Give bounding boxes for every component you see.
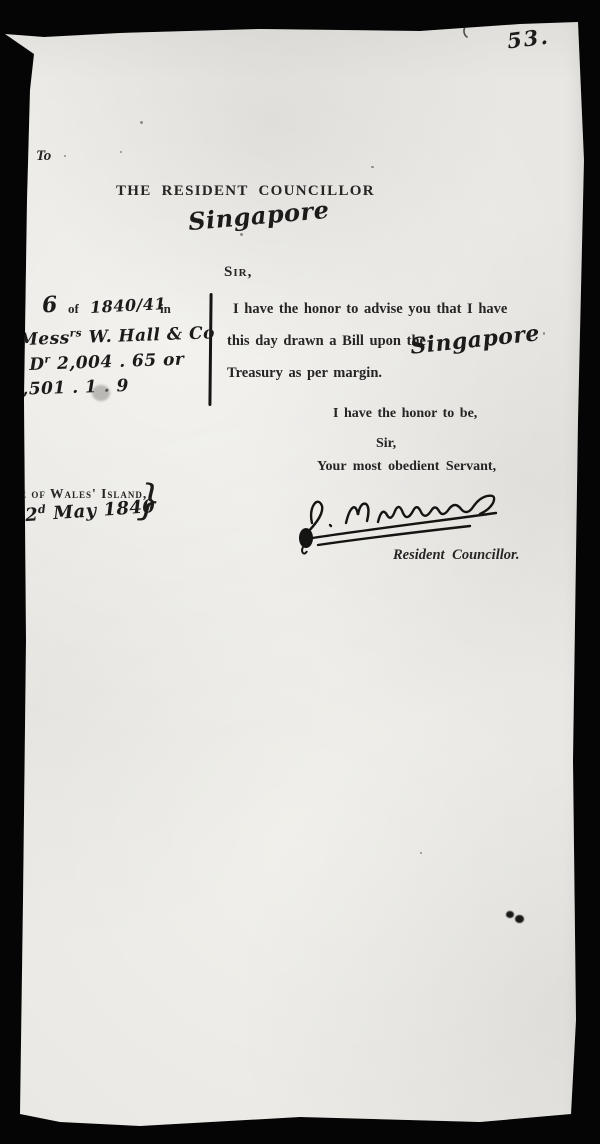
ink-blot-1 — [506, 911, 514, 918]
margin-divider-rule — [208, 293, 212, 406]
margin-line2-payee: Messrs W. Hall & Co — [19, 323, 216, 350]
payee-rest: W. Hall & Co — [82, 323, 215, 348]
ink-speck — [64, 155, 66, 157]
margin-line1-year: 1840/41 — [90, 294, 167, 317]
payee-name-part: Mess — [19, 328, 70, 350]
body-line2: this day drawn a Bill upon the — [227, 333, 426, 350]
margin-line1-of: of — [68, 301, 79, 317]
margin-line3-amount: y. Dr 2,004 . 65 or — [8, 349, 185, 376]
amount-part-a: y. D — [8, 354, 45, 375]
date-day: 22 — [11, 504, 38, 527]
signature: J. W. Salmond — [296, 477, 508, 555]
closing-line1: I have the honor to be, — [333, 406, 477, 422]
body-line3: Treasury as per margin. — [227, 365, 382, 382]
body-line1: I have the honor to advise you that I ha… — [233, 301, 507, 318]
margin-line4-rupees: 4,501 . 1 . 9 — [10, 376, 130, 400]
ink-speck — [140, 121, 143, 124]
margin-line2-prefix: f — [8, 332, 12, 348]
ink-speck — [420, 852, 422, 854]
ink-speck — [371, 166, 374, 168]
margin-line1-prefix: o. — [12, 301, 22, 317]
margin-line1-number: 6 — [41, 291, 59, 318]
closing-line3: Your most obedient Servant, — [317, 459, 496, 475]
payee-superscript: rs — [69, 327, 82, 339]
ink-smudge — [92, 385, 110, 401]
scanned-letter-page: 53. To THE RESIDENT COUNCILLOR Singapore… — [0, 0, 600, 1144]
ink-speck — [120, 151, 122, 153]
page-number: 53. — [506, 24, 551, 54]
signature-strokes — [296, 477, 508, 555]
amount-part-b: 2,004 . 65 or — [50, 350, 184, 375]
margin-line1-suffix: in — [160, 301, 171, 317]
ink-speck — [543, 332, 545, 335]
recipient-title: THE RESIDENT COUNCILLOR — [116, 183, 375, 200]
paper-sheet: 53. To THE RESIDENT COUNCILLOR Singapore… — [0, 0, 600, 1144]
signatory-title: Resident Councillor. — [393, 547, 519, 564]
recipient-place-handwritten: Singapore — [187, 195, 330, 236]
salutation: Sir, — [224, 264, 252, 281]
body-singapore-handwritten: Singapore — [409, 320, 541, 359]
ink-speck — [240, 233, 243, 236]
to-label: To — [36, 148, 51, 165]
closing-line2: Sir, — [376, 436, 396, 452]
ink-blot-2 — [515, 915, 524, 923]
pen-mark — [458, 20, 474, 40]
